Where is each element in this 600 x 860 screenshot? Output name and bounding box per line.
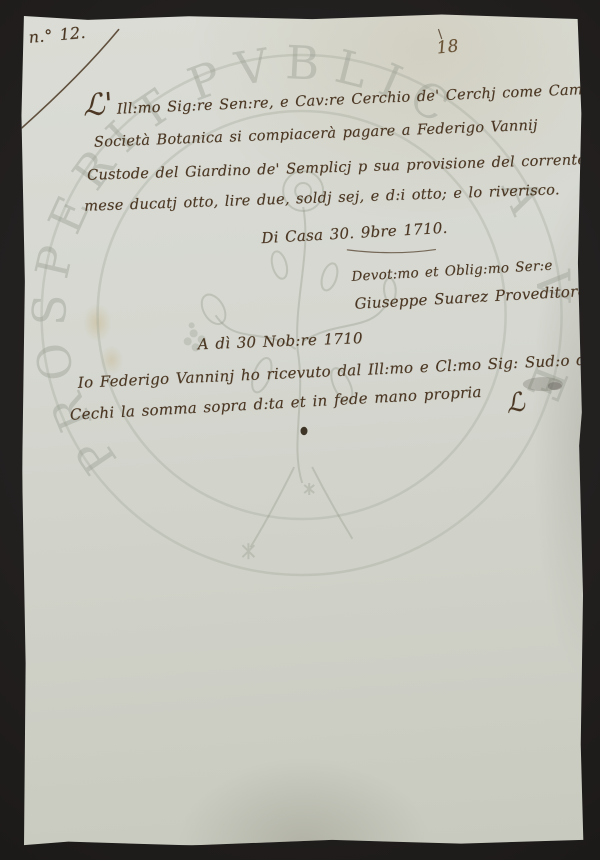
order-opening-initial: ℒ' bbox=[82, 90, 114, 122]
svg-text:AVE: AVE bbox=[491, 169, 582, 464]
watermark-right-text: AVE bbox=[491, 169, 582, 464]
receipt-paraph: ℒ bbox=[504, 389, 527, 418]
order-line: mese ducatj otto, lire due, soldj sej, e… bbox=[84, 182, 560, 215]
order-line: Ill:mo Sig:re Sen:re, e Cav:re Cerchio d… bbox=[117, 79, 600, 117]
order-closing: Devot:mo et Oblig:mo Ser:e bbox=[351, 258, 553, 285]
order-line: Custode del Giardino de' Semplicj p sua … bbox=[87, 152, 587, 184]
order-line: Società Botanica si compiacerà pagare a … bbox=[94, 118, 538, 151]
dateline-underline-stroke bbox=[347, 250, 435, 253]
ink-blot bbox=[300, 427, 307, 435]
archival-number: n.° 12. bbox=[28, 23, 87, 47]
folio-number: 18 bbox=[436, 36, 460, 58]
ink-smudge-dark bbox=[548, 382, 562, 390]
order-dateline: Di Casa 30. 9bre 1710. bbox=[261, 219, 448, 247]
manuscript-page: PROSPERIT PVBLIC AVE n.° 1 bbox=[21, 14, 585, 846]
receipt-line: Io Federigo Vanninj ho ricevuto dal Ill:… bbox=[77, 350, 600, 392]
receipt-dateline: A dì 30 Nob:re 1710 bbox=[197, 329, 363, 353]
scanned-manuscript-screenshot: { "document": { "archival_number": "n.° … bbox=[0, 0, 600, 860]
order-signature: Giuseppe Suarez Proveditore bbox=[354, 282, 587, 313]
ink-smudge bbox=[523, 377, 563, 391]
